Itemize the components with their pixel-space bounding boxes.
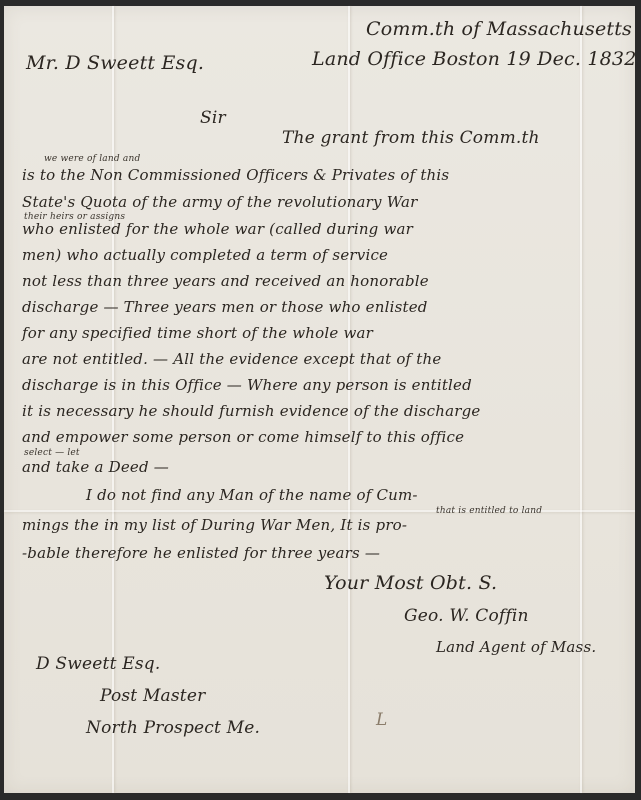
body-line: it is necessary he should furnish eviden… [22, 402, 480, 420]
greeting: Sir [200, 108, 226, 128]
interlinear-note: we were of land and [44, 154, 140, 164]
body-line: and empower some person or come himself … [22, 428, 464, 446]
header-line-1: Comm.th of Massachusetts [366, 18, 632, 40]
fold-line-vertical [580, 6, 582, 793]
interlinear-note: select — let [24, 448, 80, 458]
body-line: -bable therefore he enlisted for three y… [22, 544, 380, 562]
address-line-2: Post Master [100, 686, 205, 706]
stray-ink-mark: L [376, 710, 388, 730]
signature: Geo. W. Coffin [404, 606, 529, 626]
body-line: not less than three years and received a… [22, 272, 429, 290]
body-line: I do not find any Man of the name of Cum… [86, 486, 418, 504]
body-line: is to the Non Commissioned Officers & Pr… [22, 166, 449, 184]
body-line: State's Quota of the army of the revolut… [22, 193, 418, 211]
body-line: who enlisted for the whole war (called d… [22, 220, 413, 238]
interlinear-note: that is entitled to land [436, 506, 542, 516]
body-line: are not entitled. — All the evidence exc… [22, 350, 441, 368]
header-line-2: Land Office Boston 19 Dec. 1832 [312, 48, 637, 70]
address-line-3: North Prospect Me. [86, 718, 260, 738]
address-line-1: D Sweett Esq. [36, 654, 160, 674]
body-line: The grant from this Comm.th [282, 128, 540, 148]
body-line: discharge is in this Office — Where any … [22, 376, 472, 394]
body-line: and take a Deed — [22, 458, 169, 476]
letter-page: Comm.th of Massachusetts Land Office Bos… [4, 6, 635, 793]
addressee: Mr. D Sweett Esq. [26, 52, 204, 74]
body-line: men) who actually completed a term of se… [22, 246, 388, 264]
body-line: mings the in my list of During War Men, … [22, 516, 407, 534]
valediction: Your Most Obt. S. [324, 572, 497, 594]
fold-line-vertical [348, 6, 350, 793]
body-line: discharge — Three years men or those who… [22, 298, 428, 316]
fold-line-vertical [112, 6, 114, 793]
body-line: for any specified time short of the whol… [22, 324, 373, 342]
signer-title: Land Agent of Mass. [436, 638, 596, 656]
